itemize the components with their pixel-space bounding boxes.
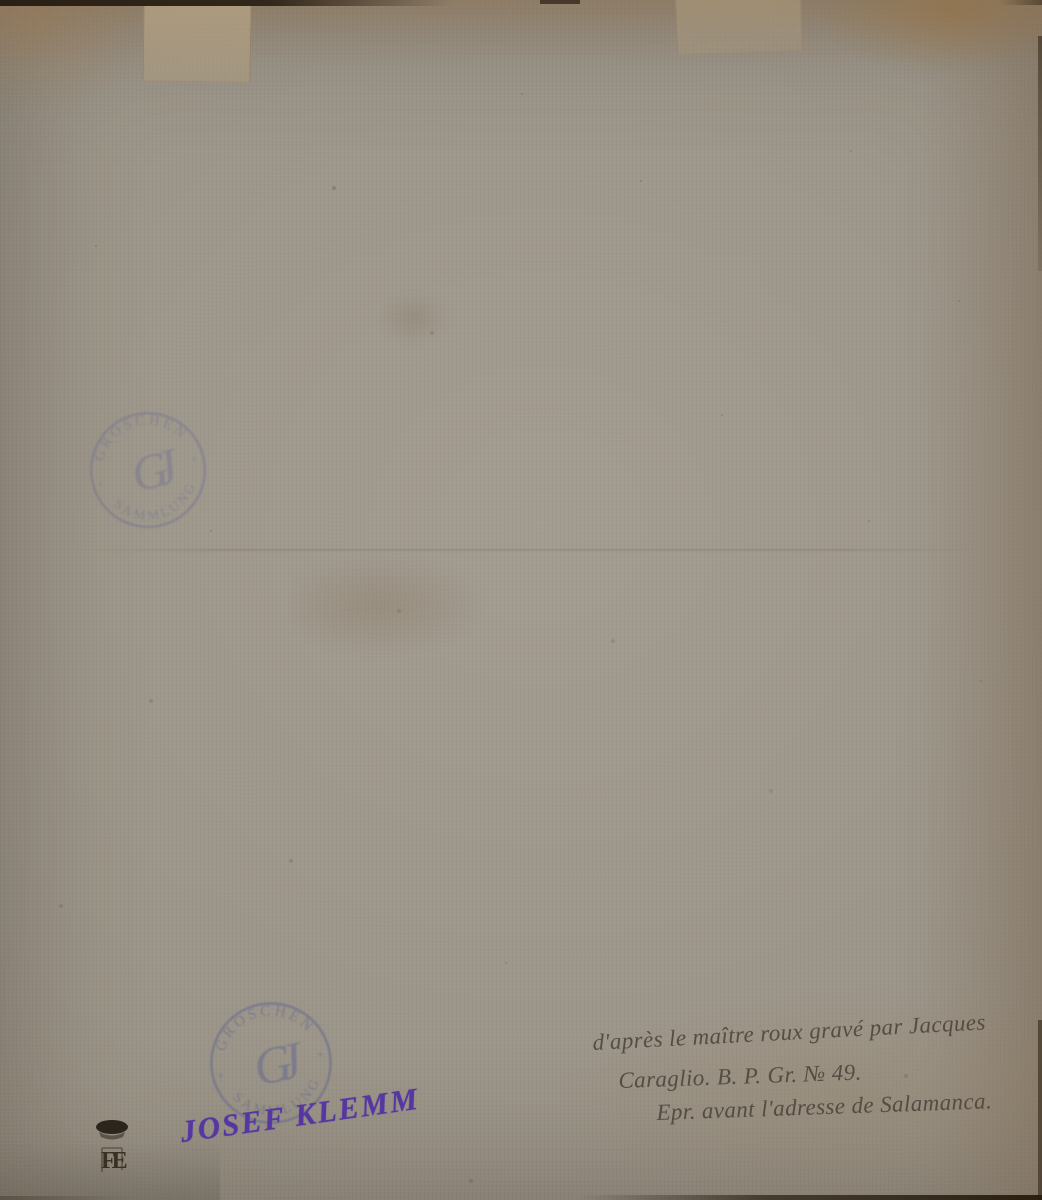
photo-edge-bottom-right bbox=[580, 1195, 1042, 1200]
dust-specks bbox=[0, 0, 2, 2]
photo-edge-right-lower bbox=[1038, 1020, 1042, 1200]
print-verso-photo: GROSCHEN SAMMLUNG + + GJ GROSCHEN SAMMLU… bbox=[0, 0, 1042, 1200]
photo-edge-bottom-left bbox=[0, 1196, 130, 1200]
crown-mark-monogram: FE bbox=[101, 1148, 127, 1174]
stamp-separator-left: + bbox=[216, 1068, 226, 1083]
photo-edge-right-upper bbox=[1038, 36, 1042, 271]
stamp-separator-right: + bbox=[315, 1046, 325, 1061]
photo-edge-top-right bbox=[1000, 0, 1042, 5]
tape-remnant-center bbox=[675, 0, 803, 55]
stamp-separator-left: + bbox=[96, 478, 105, 491]
stamp-monogram: GJ bbox=[125, 437, 185, 502]
stamp-separator-right: + bbox=[190, 453, 199, 466]
crown-icon bbox=[96, 1120, 128, 1134]
stamp-monogram: GJ bbox=[249, 1031, 310, 1097]
crown-monogram-mark: FE bbox=[92, 1116, 132, 1182]
photo-edge-top-nub bbox=[540, 0, 580, 4]
tape-remnant-left bbox=[142, 0, 251, 83]
photo-edge-top bbox=[0, 0, 452, 6]
